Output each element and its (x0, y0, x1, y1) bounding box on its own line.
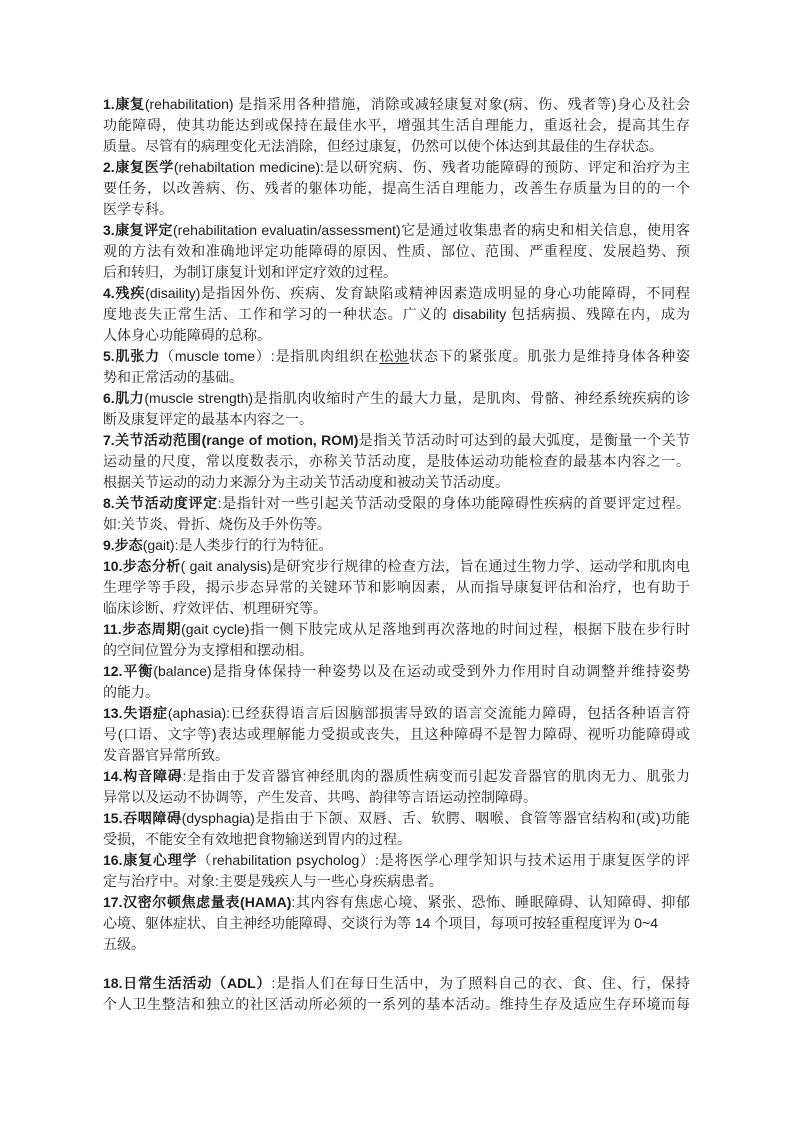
body-text: :其内容有焦虑心境、紧张、恐怖、睡眠障碍、认知障碍、抑郁 (291, 894, 690, 910)
text-line: 定与治疗中。对象:主要是残疾人与一些心身疾病患者。 (103, 871, 690, 892)
body-text: 个人卫生整洁和独立的社区活动所必须的一系列的基本活动。维持生存及适应生存环境而每 (103, 996, 690, 1012)
term-label: 16.康复心理学 (103, 852, 197, 868)
body-text: 异常以及运动不协调等，产生发音、共鸣、韵律等言语运动控制障碍。 (103, 789, 537, 805)
body-text: (balance)是指身体保持一种姿势以及在运动或受到外力作用时自动调整并维持姿… (153, 663, 690, 679)
text-line: 生理学等手段，揭示步态异常的关键环节和影响因素，从而指导康复评估和治疗，也有助于 (103, 577, 690, 598)
body-text: 如:关节炎、骨折、烧伤及手外伤等。 (103, 516, 331, 532)
text-line: 3.康复评定(rehabilitation evaluatin/assessme… (103, 220, 690, 241)
term-label: 9.步态 (103, 537, 143, 553)
term-label: 6.肌力 (103, 390, 144, 406)
body-text: 质量。尽管有的病理变化无法消除，但经过康复，仍然可以使个体达到其最佳的生存状态。 (103, 138, 663, 154)
term-label: 8.关节活动度评定 (103, 495, 218, 511)
text-line: 后和转归，为制订康复计划和评定疗效的过程。 (103, 262, 690, 283)
body-text: 五级。 (103, 936, 145, 952)
body-text: 的空间位置分为支撑相和摆动相。 (103, 642, 313, 658)
body-text: (aphasia):已经获得语言后因脑部损害导致的语言交流能力障碍，包括各种语言… (168, 705, 690, 721)
text-line: 10.步态分析( gait analysis)是研究步行规律的检查方法，旨在通过… (103, 556, 690, 577)
text-line: 医学专科。 (103, 199, 690, 220)
body-text: 发音器官异常所致。 (103, 747, 229, 763)
body-text: 医学专科。 (103, 201, 173, 217)
underlined-text: 松弛 (379, 348, 409, 364)
term-label: 7.关节活动范围(range of motion, ROM) (103, 432, 358, 448)
text-line: 2.康复医学(rehabiltation medicine):是以研究病、伤、残… (103, 157, 690, 178)
text-line: 观的方法有效和准确地评定功能障碍的原因、性质、部位、范围、严重程度、发展趋势、预 (103, 241, 690, 262)
body-text: (gait):是人类步行的行为特征。 (143, 537, 333, 553)
term-label: 18.日常生活活动（ADL） (103, 975, 271, 991)
text-line: 人体身心功能障碍的总称。 (103, 325, 690, 346)
body-text: 生理学等手段，揭示步态异常的关键环节和影响因素，从而指导康复评估和治疗，也有助于 (103, 579, 690, 595)
body-text: 是指关节活动时可达到的最大弧度，是衡量一个关节 (358, 432, 690, 448)
text-line: 12.平衡(balance)是指身体保持一种姿势以及在运动或受到外力作用时自动调… (103, 661, 690, 682)
body-text: 的能力。 (103, 684, 159, 700)
term-label: 14.构音障碍 (103, 768, 183, 784)
text-line: 11.步态周期(gait cycle)指一侧下肢完成从足落地到再次落地的时间过程… (103, 619, 690, 640)
text-line: 17.汉密尔顿焦虑量表(HAMA):其内容有焦虑心境、紧张、恐怖、睡眠障碍、认知… (103, 892, 690, 913)
term-label: 17.汉密尔顿焦虑量表(HAMA) (103, 894, 291, 910)
text-line: 五级。 (103, 934, 690, 955)
body-text: 观的方法有效和准确地评定功能障碍的原因、性质、部位、范围、严重程度、发展趋势、预 (103, 243, 690, 259)
body-text: 定与治疗中。对象:主要是残疾人与一些心身疾病患者。 (103, 873, 443, 889)
text-line: 势和正常活动的基础。 (103, 367, 690, 388)
body-text: （muscle tome）:是指肌肉组织在 (160, 348, 379, 364)
body-text: 要任务，以改善病、伤、残者的躯体功能，提高生活自理能力，改善生存质量为目的的一个 (103, 180, 690, 196)
text-line: 18.日常生活活动（ADL）:是指人们在每日生活中，为了照料自己的衣、食、住、行… (103, 973, 690, 994)
body-text: （rehabilitation psycholog）:是将医学心理学知识与技术运… (197, 852, 690, 868)
body-text: (dysphagia)是指由于下颌、双唇、舌、软腭、咽喉、食管等器官结构和(或)… (182, 810, 690, 826)
text-line: 号(口语、文字等)表达或理解能力受损或丧失，且这种障碍不是智力障碍、视听功能障碍… (103, 724, 690, 745)
text-line: 运动量的尺度，常以度数表示，亦称关节活动度，是肢体运动功能检查的最基本内容之一。 (103, 451, 690, 472)
body-text: (muscle strength)是指肌肉收缩时产生的最大力量，是肌肉、骨骼、神… (144, 390, 690, 406)
text-line: 9.步态(gait):是人类步行的行为特征。 (103, 535, 690, 556)
text-line: 的空间位置分为支撑相和摆动相。 (103, 640, 690, 661)
text-line: 断及康复评定的最基本内容之一。 (103, 409, 690, 430)
term-label: 1.康复 (103, 96, 145, 112)
body-text: 受损，不能安全有效地把食物输送到胃内的过程。 (103, 831, 411, 847)
text-line: 个人卫生整洁和独立的社区活动所必须的一系列的基本活动。维持生存及适应生存环境而每 (103, 994, 690, 1015)
text-line: 6.肌力(muscle strength)是指肌肉收缩时产生的最大力量，是肌肉、… (103, 388, 690, 409)
term-label: 2.康复医学 (103, 159, 174, 175)
body-text: 功能障碍，使其功能达到或保持在最佳水平，增强其生活自理能力，重返社会，提高其生存 (103, 117, 690, 133)
body-text: 心境、躯体症状、自主神经功能障碍、交谈行为等 14 个项目，每项可按轻重程度评为… (103, 915, 658, 931)
text-line: 7.关节活动范围(range of motion, ROM)是指关节活动时可达到… (103, 430, 690, 451)
text-line: 8.关节活动度评定:是指针对一些引起关节活动受限的身体功能障碍性疾病的首要评定过… (103, 493, 690, 514)
body-text: :是指针对一些引起关节活动受限的身体功能障碍性疾病的首要评定过程。 (218, 495, 690, 511)
text-line: 的能力。 (103, 682, 690, 703)
body-text: 后和转归，为制订康复计划和评定疗效的过程。 (103, 264, 397, 280)
text-line: 异常以及运动不协调等，产生发音、共鸣、韵律等言语运动控制障碍。 (103, 787, 690, 808)
body-text: (rehabiltation medicine):是以研究病、伤、残者功能障碍的… (174, 159, 690, 175)
text-line: 4.残疾(disaility)是指因外伤、疾病、发育缺陷或精神因素造成明显的身心… (103, 283, 690, 304)
term-label: 13.失语症 (103, 705, 168, 721)
body-text: (rehabilitation evaluatin/assessment)它是通… (173, 222, 690, 238)
text-line: 根据关节运动的动力来源分为主动关节活动度和被动关节活动度。 (103, 472, 690, 493)
body-text: 号(口语、文字等)表达或理解能力受损或丧失，且这种障碍不是智力障碍、视听功能障碍… (103, 726, 690, 742)
body-text: (rehabilitation) 是指采用各种措施，消除或减轻康复对象(病、伤、… (145, 96, 690, 112)
term-label: 11.步态周期 (103, 621, 181, 637)
text-line: 功能障碍，使其功能达到或保持在最佳水平，增强其生活自理能力，重返社会，提高其生存 (103, 115, 690, 136)
body-text: ( gait analysis)是研究步行规律的检查方法，旨在通过生物力学、运动… (181, 558, 690, 574)
body-text: 临床诊断、疗效评估、机理研究等。 (103, 600, 327, 616)
body-text: (gait cycle)指一侧下肢完成从足落地到再次落地的时间过程，根据下肢在步… (181, 621, 690, 637)
text-line: 要任务，以改善病、伤、残者的躯体功能，提高生活自理能力，改善生存质量为目的的一个 (103, 178, 690, 199)
body-text: 状态下的紧张度。肌张力是维持身体各种姿 (409, 348, 690, 364)
body-text: 根据关节运动的动力来源分为主动关节活动度和被动关节活动度。 (103, 474, 509, 490)
text-line: 临床诊断、疗效评估、机理研究等。 (103, 598, 690, 619)
text-line: 受损，不能安全有效地把食物输送到胃内的过程。 (103, 829, 690, 850)
term-label: 3.康复评定 (103, 222, 173, 238)
body-text: 度地丧失正常生活、工作和学习的一种状态。广义的 disability 包括病损、… (103, 306, 690, 322)
text-line: 度地丧失正常生活、工作和学习的一种状态。广义的 disability 包括病损、… (103, 304, 690, 325)
text-line: 13.失语症(aphasia):已经获得语言后因脑部损害导致的语言交流能力障碍，… (103, 703, 690, 724)
document-page: 1.康复(rehabilitation) 是指采用各种措施，消除或减轻康复对象(… (0, 0, 793, 1122)
body-text: 人体身心功能障碍的总称。 (103, 327, 271, 343)
text-line: 心境、躯体症状、自主神经功能障碍、交谈行为等 14 个项目，每项可按轻重程度评为… (103, 913, 690, 934)
term-label: 4.残疾 (103, 285, 145, 301)
term-label: 5.肌张力 (103, 348, 160, 364)
text-line: 5.肌张力（muscle tome）:是指肌肉组织在松弛状态下的紧张度。肌张力是… (103, 346, 690, 367)
text-line: 发音器官异常所致。 (103, 745, 690, 766)
body-text: :是指人们在每日生活中，为了照料自己的衣、食、住、行，保持 (271, 975, 690, 991)
body-text: (disaility)是指因外伤、疾病、发育缺陷或精神因素造成明显的身心功能障碍… (145, 285, 690, 301)
term-label: 15.吞咽障碍 (103, 810, 182, 826)
text-line: 14.构音障碍:是指由于发音器官神经肌肉的器质性病变而引起发音器官的肌肉无力、肌… (103, 766, 690, 787)
term-label: 10.步态分析 (103, 558, 181, 574)
term-label: 12.平衡 (103, 663, 153, 679)
text-line: 16.康复心理学（rehabilitation psycholog）:是将医学心… (103, 850, 690, 871)
body-text: 断及康复评定的最基本内容之一。 (103, 411, 313, 427)
text-line: 质量。尽管有的病理变化无法消除，但经过康复，仍然可以使个体达到其最佳的生存状态。 (103, 136, 690, 157)
body-text: :是指由于发音器官神经肌肉的器质性病变而引起发音器官的肌肉无力、肌张力 (183, 768, 690, 784)
body-text: 势和正常活动的基础。 (103, 369, 243, 385)
document-content: 1.康复(rehabilitation) 是指采用各种措施，消除或减轻康复对象(… (103, 94, 690, 1015)
text-line: 1.康复(rehabilitation) 是指采用各种措施，消除或减轻康复对象(… (103, 94, 690, 115)
body-text: 运动量的尺度，常以度数表示，亦称关节活动度，是肢体运动功能检查的最基本内容之一。 (103, 453, 690, 469)
text-line: 15.吞咽障碍(dysphagia)是指由于下颌、双唇、舌、软腭、咽喉、食管等器… (103, 808, 690, 829)
text-line: 如:关节炎、骨折、烧伤及手外伤等。 (103, 514, 690, 535)
